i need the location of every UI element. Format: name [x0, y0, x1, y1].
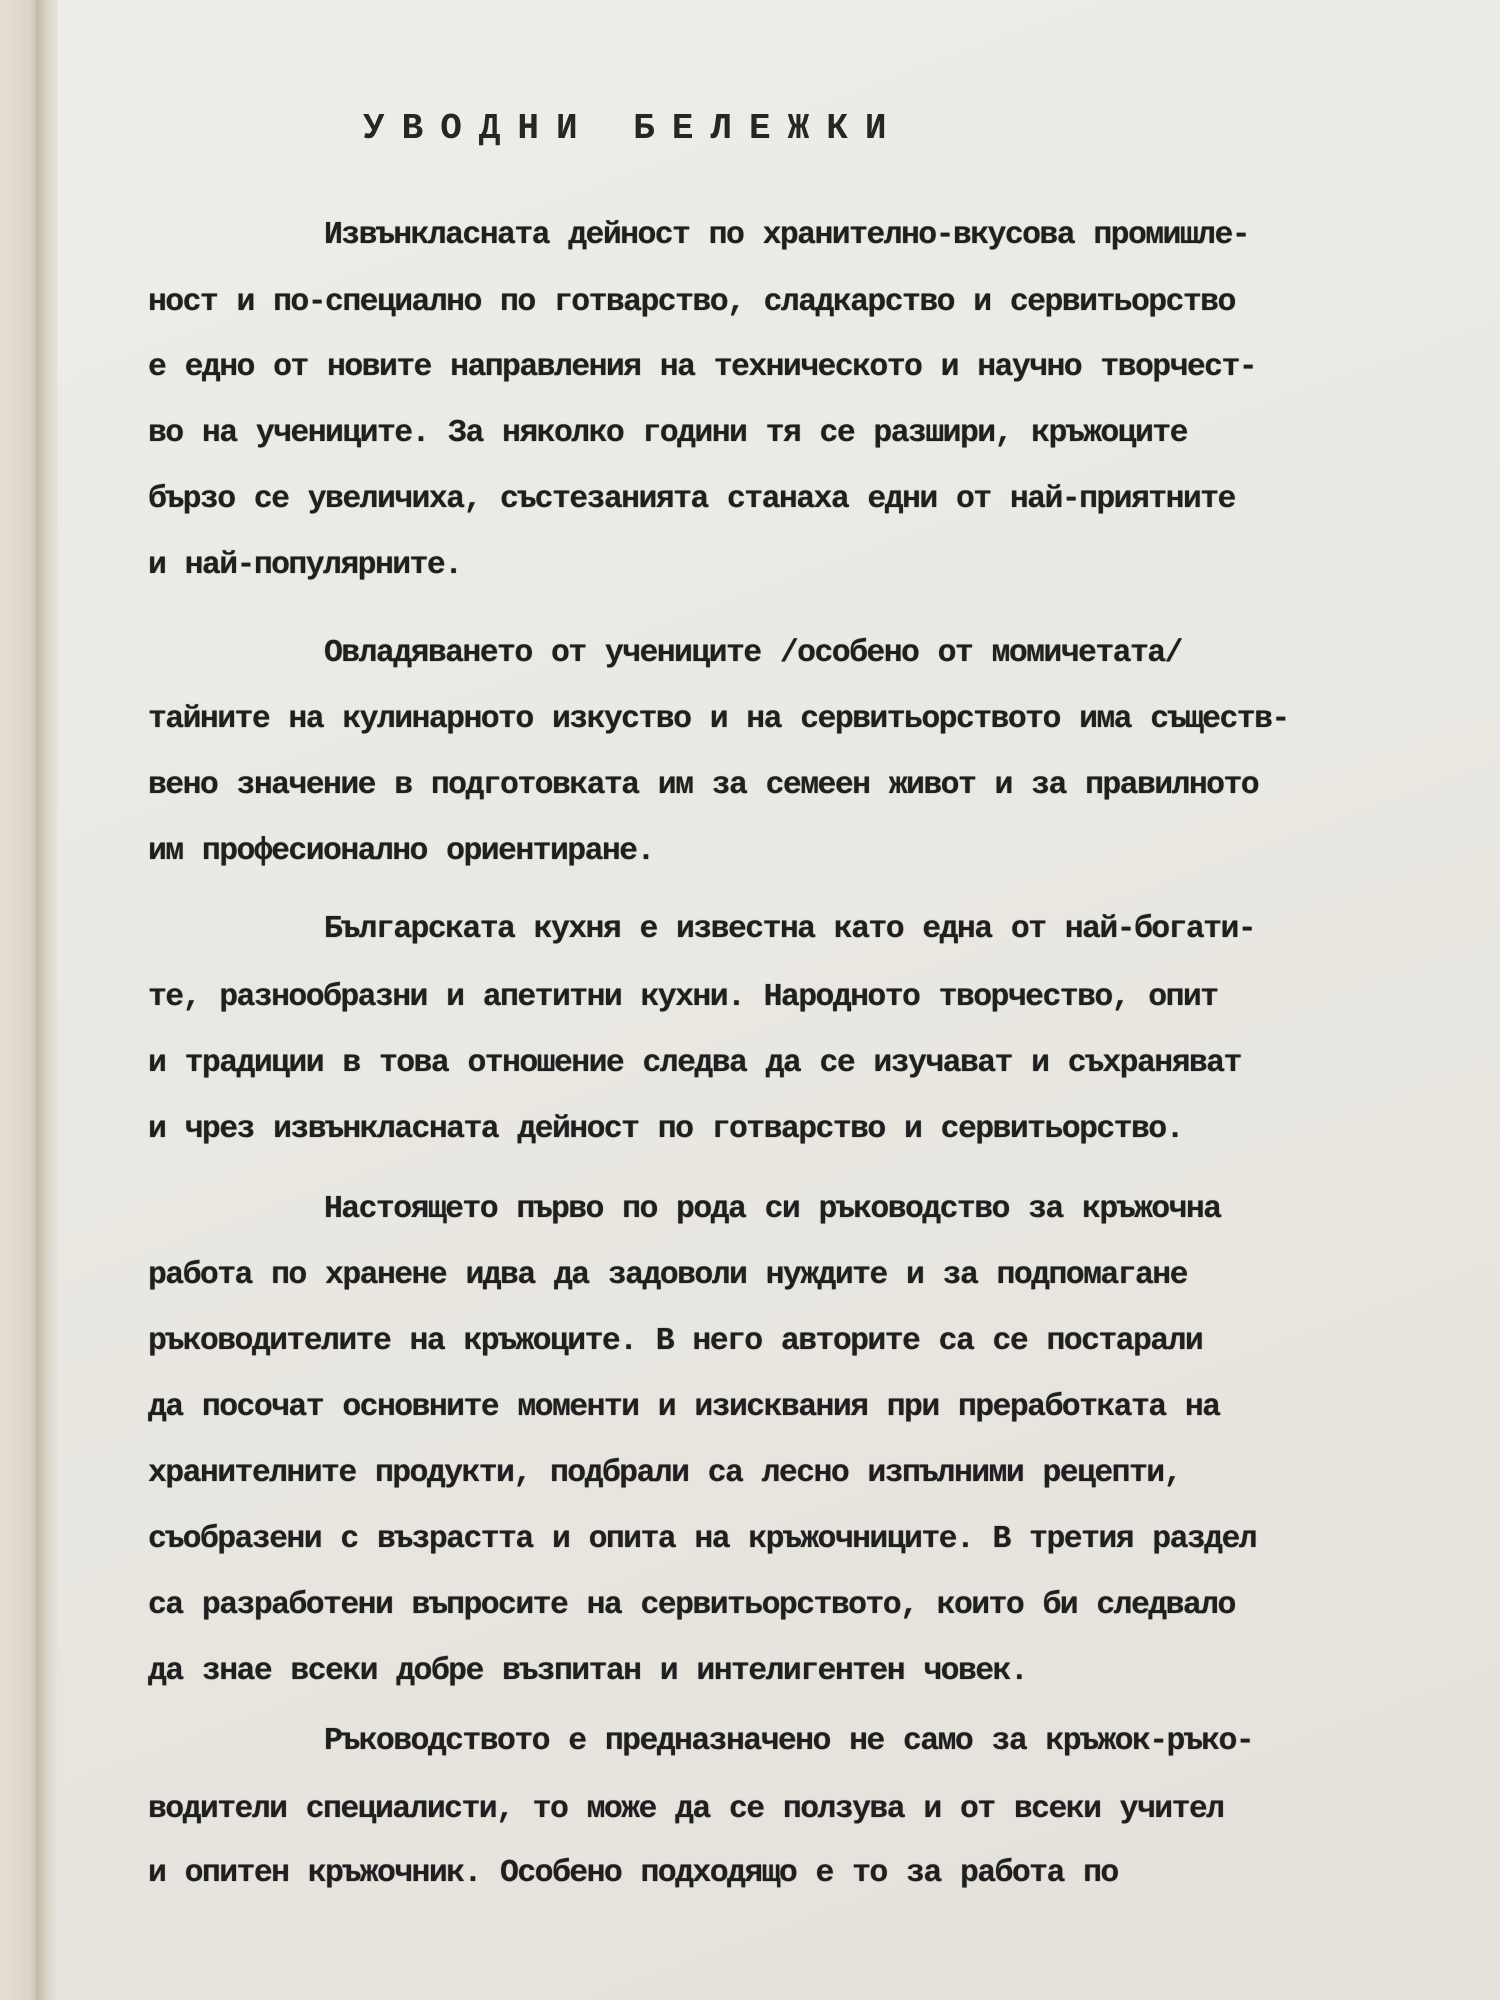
paragraph-1-line-2: ност и по-специално по готварство, сладк… [148, 285, 1235, 320]
paragraph-5-line-2: водители специалисти, то може да се полз… [148, 1792, 1224, 1827]
paragraph-1-line-4: во на учениците. За няколко години тя се… [148, 416, 1187, 451]
paragraph-1-line-6: и най-популярните. [148, 548, 461, 583]
paragraph-1-line-1: Извънкласната дейност по хранително-вкус… [324, 218, 1249, 253]
paragraph-1-line-3: е едно от новите направления на техничес… [148, 350, 1256, 385]
paragraph-5-line-1: Ръководството е предназначено не само за… [324, 1724, 1253, 1759]
paragraph-3-line-1: Българската кухня е известна като една о… [324, 912, 1255, 947]
page-title: УВОДНИ БЕЛЕЖКИ [363, 108, 903, 149]
paragraph-4-line-2: работа по хранене идва да задоволи нужди… [148, 1258, 1187, 1293]
paragraph-4-line-7: са разработени въпросите на сервитьорств… [148, 1588, 1235, 1623]
paragraph-4-line-4: да посочат основните моменти и изисквани… [148, 1390, 1220, 1425]
paragraph-4-line-5: хранителните продукти, подбрали са лесно… [148, 1456, 1181, 1491]
document-page: УВОДНИ БЕЛЕЖКИ Извънкласната дейност по … [58, 0, 1500, 2000]
paragraph-2-line-3: вено значение в подготовката им за семее… [148, 768, 1258, 803]
paragraph-4-line-6: съобразени с възрастта и опита на кръжоч… [148, 1522, 1256, 1557]
paragraph-4-line-1: Настоящето първо по рода си ръководство … [324, 1192, 1220, 1227]
paragraph-2-line-1: Овладяването от учениците /особено от мо… [324, 636, 1182, 671]
paragraph-3-line-3: и традиции в това отношение следва да се… [148, 1046, 1241, 1081]
paragraph-4-line-8: да знае всеки добре възпитан и интелиген… [148, 1654, 1027, 1689]
book-spine-shadow [36, 0, 58, 2000]
paragraph-2-line-4: им професионално ориентиране. [148, 834, 654, 869]
adjacent-page-edge [0, 0, 36, 2000]
paragraph-2-line-2: тайните на кулинарното изкуство и на сер… [148, 702, 1289, 737]
paragraph-1-line-5: бързо се увеличиха, състезанията станаха… [148, 482, 1235, 517]
paragraph-5-line-3: и опитен кръжочник. Особено подходящо е … [148, 1856, 1118, 1891]
paragraph-3-line-2: те, разнообразни и апетитни кухни. Народ… [148, 980, 1218, 1015]
paragraph-3-line-4: и чрез извънкласната дейност по готварст… [148, 1112, 1183, 1147]
paragraph-4-line-3: ръководителите на кръжоците. В него авто… [148, 1324, 1202, 1359]
